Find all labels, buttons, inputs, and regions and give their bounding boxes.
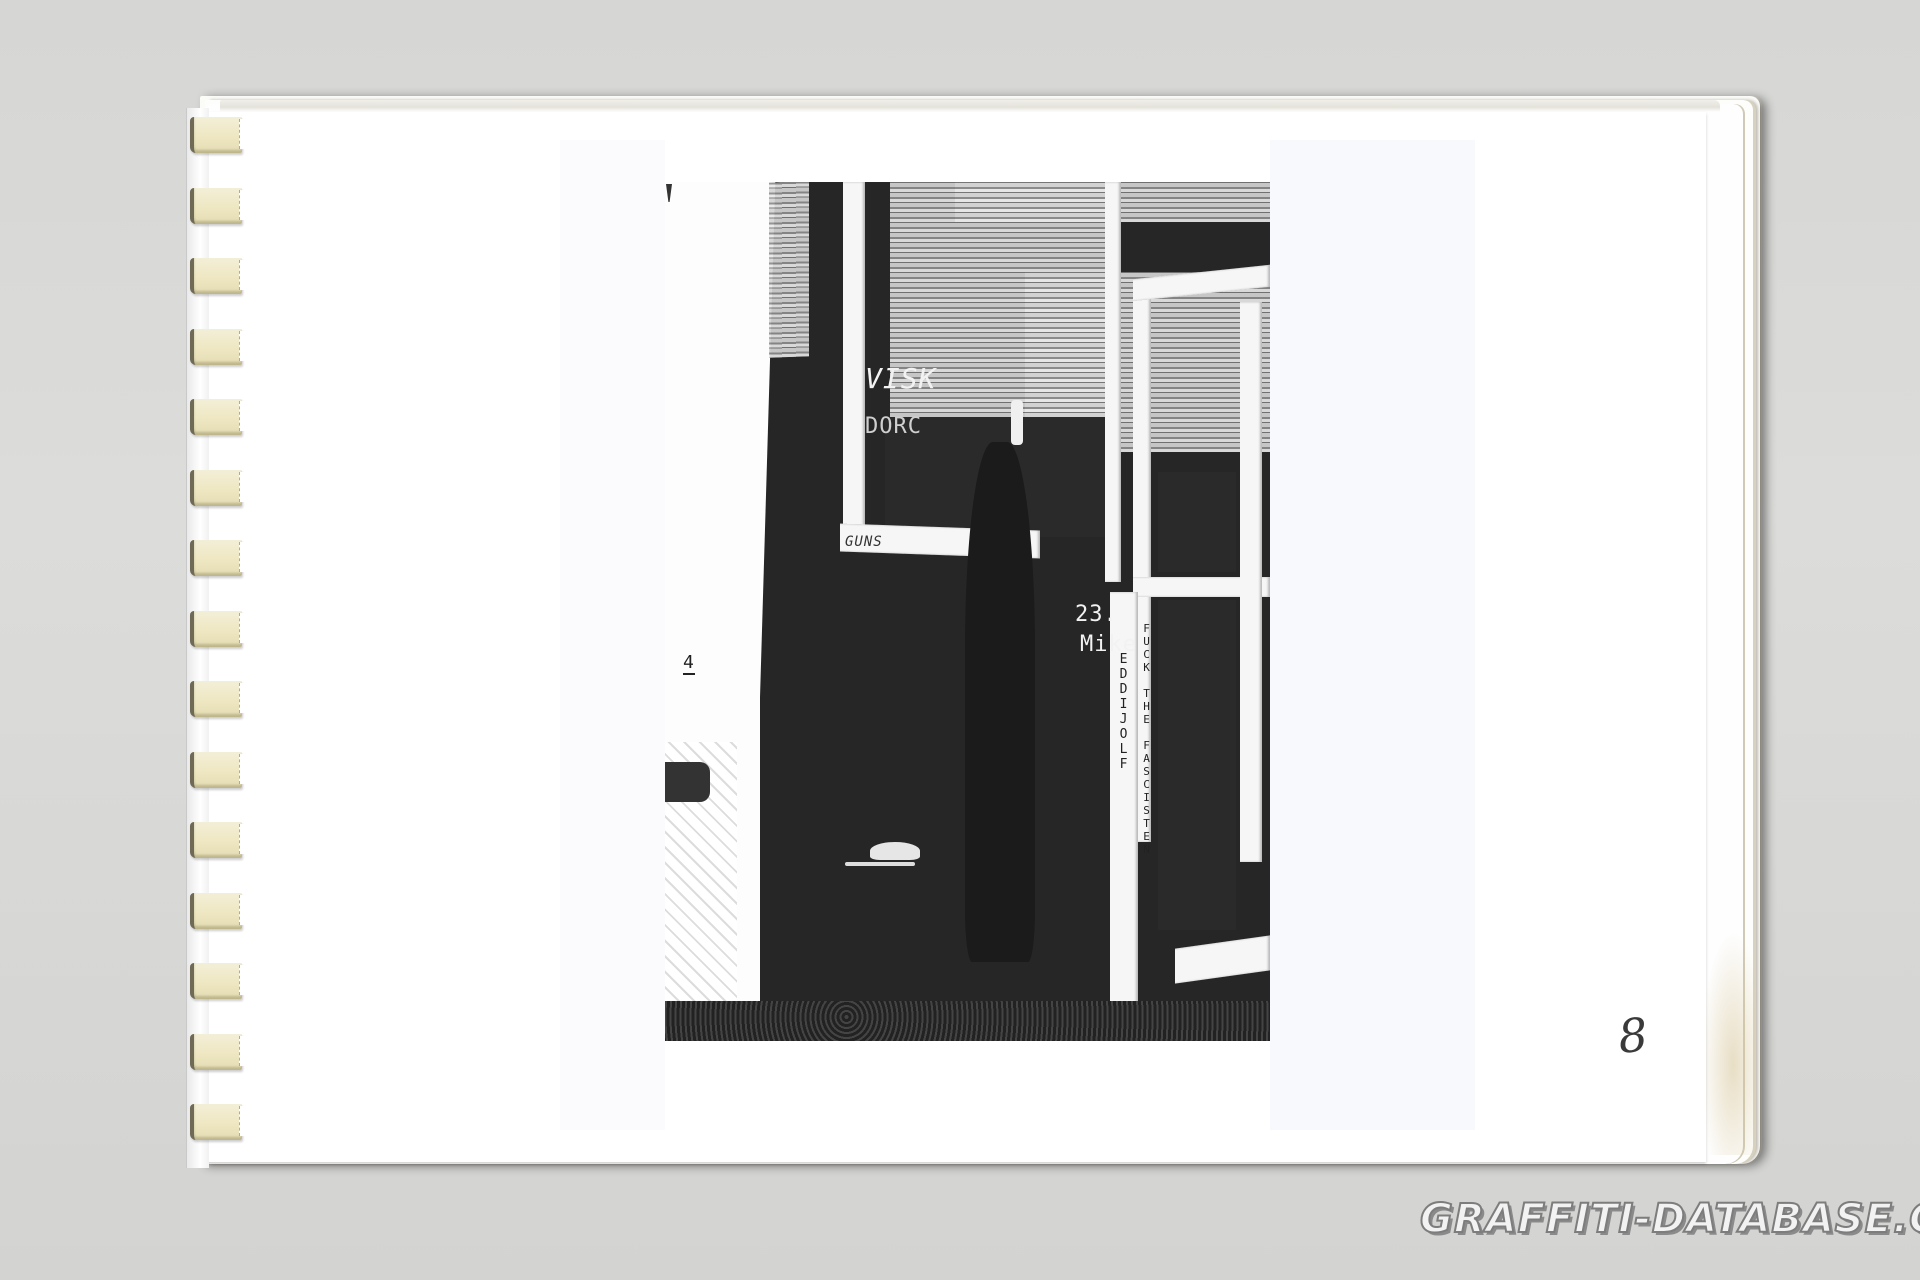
door-dark-panel: [1158, 600, 1236, 930]
raised-hand-marker: [1011, 400, 1023, 445]
graffiti-tag-dorc: DORC: [865, 414, 922, 439]
watermark-logo: GRAFFITI-DATABASE.COM: [1420, 1196, 1910, 1266]
binding-ring: [190, 822, 242, 858]
binding-ring: [190, 963, 242, 999]
binding-ring: [190, 1104, 242, 1140]
graffiti-tag-guns: GUNS: [845, 534, 883, 550]
binding-ring: [190, 399, 242, 435]
show-through-shadow: [1270, 140, 1475, 1130]
binding-ring: [190, 470, 242, 506]
graffiti-number: 4: [683, 652, 695, 675]
brick-pilaster: [769, 182, 809, 358]
page-number: 8: [1615, 1006, 1660, 1060]
page-edge-stain: [1700, 930, 1755, 1155]
binding-ring: [190, 258, 242, 294]
window-frame-left: [843, 182, 865, 542]
binding-ring: [190, 1034, 242, 1070]
graffiti-vertical-eddijolf: EDDIJOLF: [1116, 652, 1131, 992]
cap-of-second-person: [870, 842, 920, 860]
binding-ring: [190, 329, 242, 365]
binding-ring: [190, 611, 242, 647]
door-frame-right: [1240, 302, 1262, 862]
binding-ring: [190, 893, 242, 929]
window-frame-mid: [1105, 182, 1121, 582]
ground-debris: [665, 1001, 1270, 1041]
graffiti-tag-visk: VISK: [865, 362, 936, 395]
binding-ring: [190, 117, 242, 153]
binding-ring: [190, 188, 242, 224]
cap-brim: [845, 862, 915, 866]
photo-left-box: [665, 762, 710, 802]
photocopied-photo: 4 VISK DORC GUNS 23. Mike EDDIJOLF FUCK …: [665, 182, 1270, 1041]
binding-ring: [190, 540, 242, 576]
show-through-shadow-left: [560, 140, 665, 1130]
small-window: [1158, 472, 1236, 572]
binding-ring: [190, 681, 242, 717]
graffiti-tag-23: 23.: [1075, 602, 1118, 627]
graffiti-vertical-fascisten: FUCK THE FASCISTEN: [1140, 622, 1153, 992]
page-top-edge: [220, 100, 1720, 112]
person-figure: [965, 442, 1035, 962]
binding-ring: [190, 752, 242, 788]
